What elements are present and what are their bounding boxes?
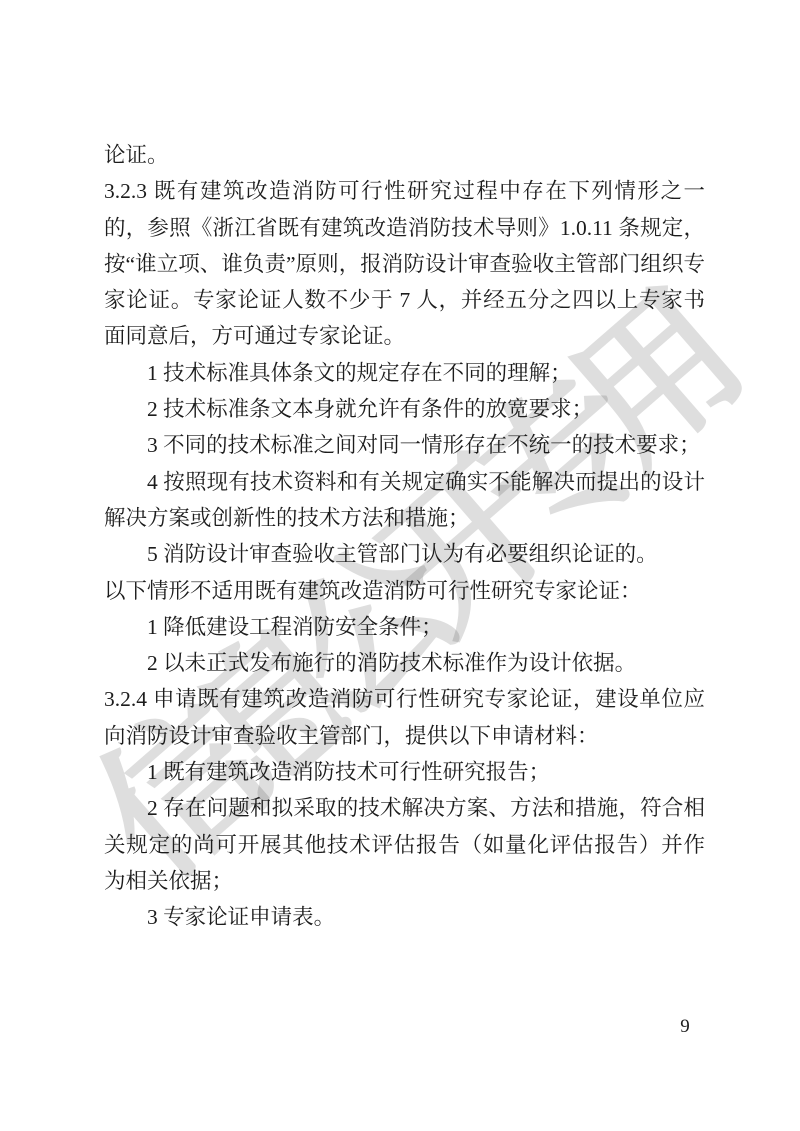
list-item-1-materials: 1 既有建筑改造消防技术可行性研究报告；: [104, 754, 705, 790]
list-item-2-exclusions: 2 以未正式发布施行的消防技术标准作为设计依据。: [104, 645, 705, 681]
list-item-3-materials: 3 专家论证申请表。: [104, 899, 705, 935]
list-item-1-exclusions: 1 降低建设工程消防安全条件；: [104, 609, 705, 645]
list-item-1-conditions: 1 技术标准具体条文的规定存在不同的理解；: [104, 355, 705, 391]
paragraph-continuation: 论证。: [104, 137, 705, 173]
list-item-3-conditions: 3 不同的技术标准之间对同一情形存在不统一的技术要求；: [104, 427, 705, 463]
paragraph-section-3-2-4: 3.2.4 申请既有建筑改造消防可行性研究专家论证，建设单位应向消防设计审查验收…: [104, 681, 705, 754]
page-content: 论证。 3.2.3 既有建筑改造消防可行性研究过程中存在下列情形之一的，参照《浙…: [104, 137, 705, 936]
list-item-2-materials: 2 存在问题和拟采取的技术解决方案、方法和措施，符合相关规定的尚可开展其他技术评…: [104, 790, 705, 899]
list-item-4-conditions: 4 按照现有技术资料和有关规定确实不能解决而提出的设计解决方案或创新性的技术方法…: [104, 464, 705, 537]
document-page: 信息公开专用 论证。 3.2.3 既有建筑改造消防可行性研究过程中存在下列情形之…: [0, 0, 800, 1131]
list-item-2-conditions: 2 技术标准条文本身就允许有条件的放宽要求；: [104, 391, 705, 427]
list-item-5-conditions: 5 消防设计审查验收主管部门认为有必要组织论证的。: [104, 536, 705, 572]
paragraph-section-3-2-3: 3.2.3 既有建筑改造消防可行性研究过程中存在下列情形之一的，参照《浙江省既有…: [104, 173, 705, 354]
page-number: 9: [670, 1016, 700, 1038]
paragraph-exclusion-intro: 以下情形不适用既有建筑改造消防可行性研究专家论证：: [104, 573, 705, 609]
